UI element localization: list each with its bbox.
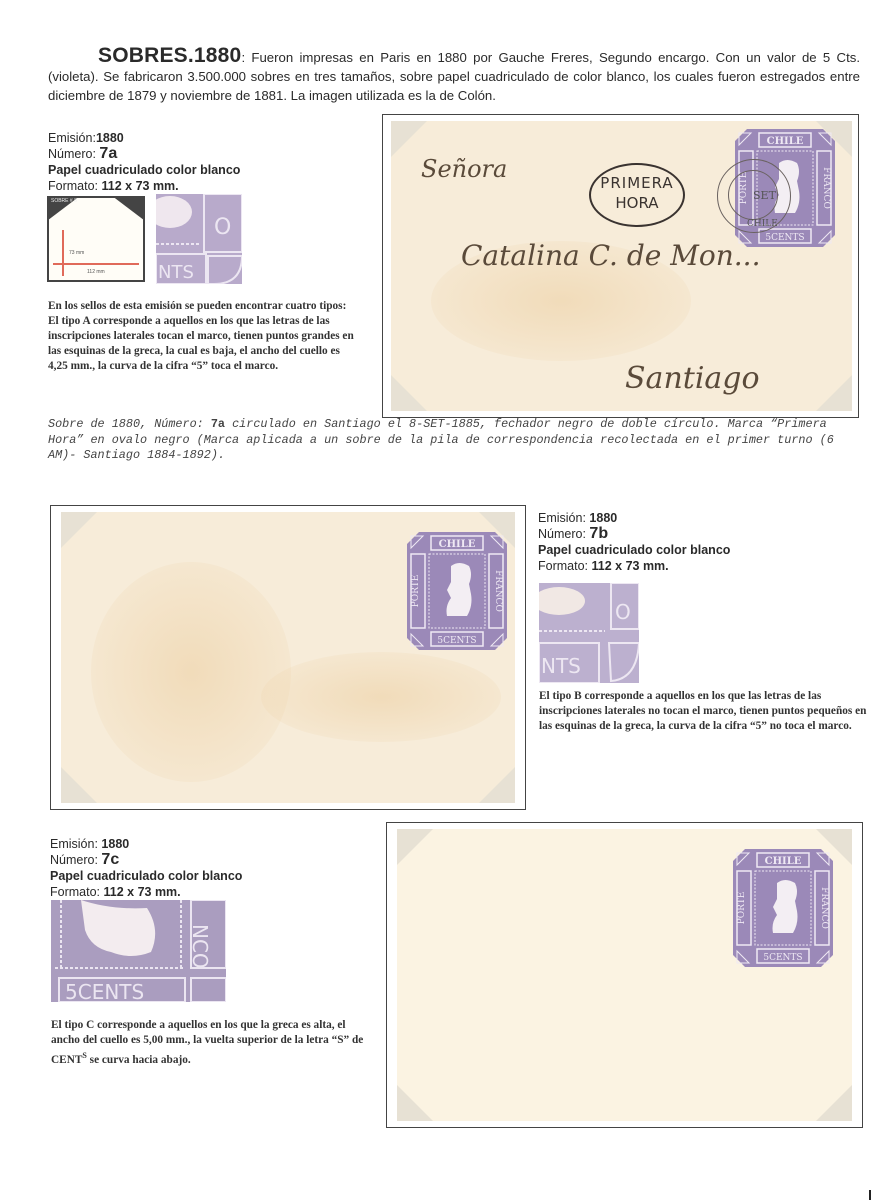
caption-prefix: Sobre de 1880, Número: [48,417,211,431]
caption-number: 7a [211,417,225,431]
info-block-7c: Emisión: 1880 Número: 7c Papel cuadricul… [50,836,370,900]
formato-label: Formato: [48,179,98,193]
intro-paragraph: SOBRES.1880: Fueron impresas en Paris en… [48,46,860,105]
diagram-label: SOBRE # 8 [51,198,77,204]
svg-text:NCO: NCO [188,924,212,969]
emision-label: Emisión: [50,837,98,851]
page-heading: SOBRES.1880 [98,44,241,67]
numero-value: 7a [99,145,117,162]
numero-label: Número: [538,527,586,541]
svg-text:FRANCO: FRANCO [493,570,503,612]
numero-value: 7b [589,525,608,542]
type-c-text-2: se curva hacia abajo. [87,1054,191,1066]
svg-text:FRANCO: FRANCO [819,887,829,929]
emision-value: 1880 [101,837,129,851]
stamp-detail-crop-7b: O NTS [539,583,639,683]
envelope-7c: CHILE 5CENTS PORTE FRANCO [397,829,852,1121]
envelope-size-diagram: SOBRE # 8 73 mm 112 mm [47,196,145,282]
formato-value: 112 x 73 mm. [104,885,181,899]
svg-text:CHILE: CHILE [439,539,476,550]
salutation-handwriting: Señora [421,155,507,183]
cancel-country: CHILE [747,219,778,229]
stamp-detail-crop-7c: NCO 5CENTS [51,900,226,1002]
svg-text:O: O [615,600,631,624]
postage-stamp-7c: CHILE 5CENTS PORTE FRANCO [733,849,833,967]
oval-line1: PRIMERA [591,173,683,193]
svg-text:O: O [214,215,231,240]
svg-text:5CENTS: 5CENTS [65,980,144,1002]
emision-value: 1880 [589,511,617,525]
envelope-7a-caption: Sobre de 1880, Número: 7a circulado en S… [48,417,863,464]
formato-value: 112 x 73 mm. [102,179,179,193]
stamp-detail-icon: NCO 5CENTS [51,900,226,1002]
diagram-width: 112 mm [87,269,105,275]
oval-line2: HORA [591,193,683,213]
city-handwriting: Santiago [625,361,760,396]
primera-hora-oval-mark: PRIMERA HORA [589,163,685,227]
info-block-7a: Emisión:1880 Número: 7a Papel cuadricula… [48,130,368,194]
svg-text:PORTE: PORTE [737,892,747,925]
postage-stamp-7b: CHILE 5CENTS PORTE FRANCO [407,532,507,650]
papel-label: Papel cuadriculado color blanco [50,869,242,883]
type-b-description: El tipo B corresponde a aquellos en los … [539,689,869,734]
svg-text:FRANCO: FRANCO [821,167,831,209]
formato-label: Formato: [50,885,100,899]
emision-value: 1880 [96,131,124,145]
svg-text:NTS: NTS [541,654,581,678]
svg-text:CHILE: CHILE [765,856,802,867]
formato-value: 112 x 73 mm. [592,559,669,573]
envelope-frame-7a: CHILE 5CENTS PORTE FRANCO SET CHILE PRIM… [382,114,859,418]
height-arrow-icon [62,230,64,276]
width-arrow-icon [53,263,139,265]
svg-text:CHILE: CHILE [767,136,804,147]
svg-text:NTS: NTS [158,262,194,283]
emision-label: Emisión: [538,511,586,525]
envelope-7b: CHILE 5CENTS PORTE FRANCO [61,512,515,803]
papel-label: Papel cuadriculado color blanco [48,163,240,177]
envelope-frame-7c: CHILE 5CENTS PORTE FRANCO [386,822,863,1128]
diagram-height: 73 mm [69,250,84,256]
svg-text:PORTE: PORTE [411,575,421,608]
cancel-text: SET [753,189,776,202]
formato-label: Formato: [538,559,588,573]
info-block-7b: Emisión: 1880 Número: 7b Papel cuadricul… [538,510,858,574]
svg-text:5CENTS: 5CENTS [765,233,804,243]
type-c-description: El tipo C corresponde a aquellos en los … [51,1018,371,1068]
stamp-detail-icon: O NTS [156,194,242,284]
svg-text:5CENTS: 5CENTS [763,953,802,963]
addressee-handwriting: Catalina C. de Mon... [461,239,760,272]
numero-label: Número: [50,853,98,867]
numero-value: 7c [101,851,119,868]
papel-label: Papel cuadriculado color blanco [538,543,730,557]
numero-label: Número: [48,147,96,161]
envelope-7a: CHILE 5CENTS PORTE FRANCO SET CHILE PRIM… [391,121,852,411]
emision-label: Emisión: [48,131,96,145]
stamp-detail-crop-7a: O NTS [156,194,242,284]
svg-text:5CENTS: 5CENTS [437,636,476,646]
envelope-frame-7b: CHILE 5CENTS PORTE FRANCO [50,505,526,810]
type-a-description: En los sellos de esta emisión se pueden … [48,299,360,374]
stamp-detail-icon: O NTS [539,583,639,683]
page-edge-mark [869,1190,871,1200]
